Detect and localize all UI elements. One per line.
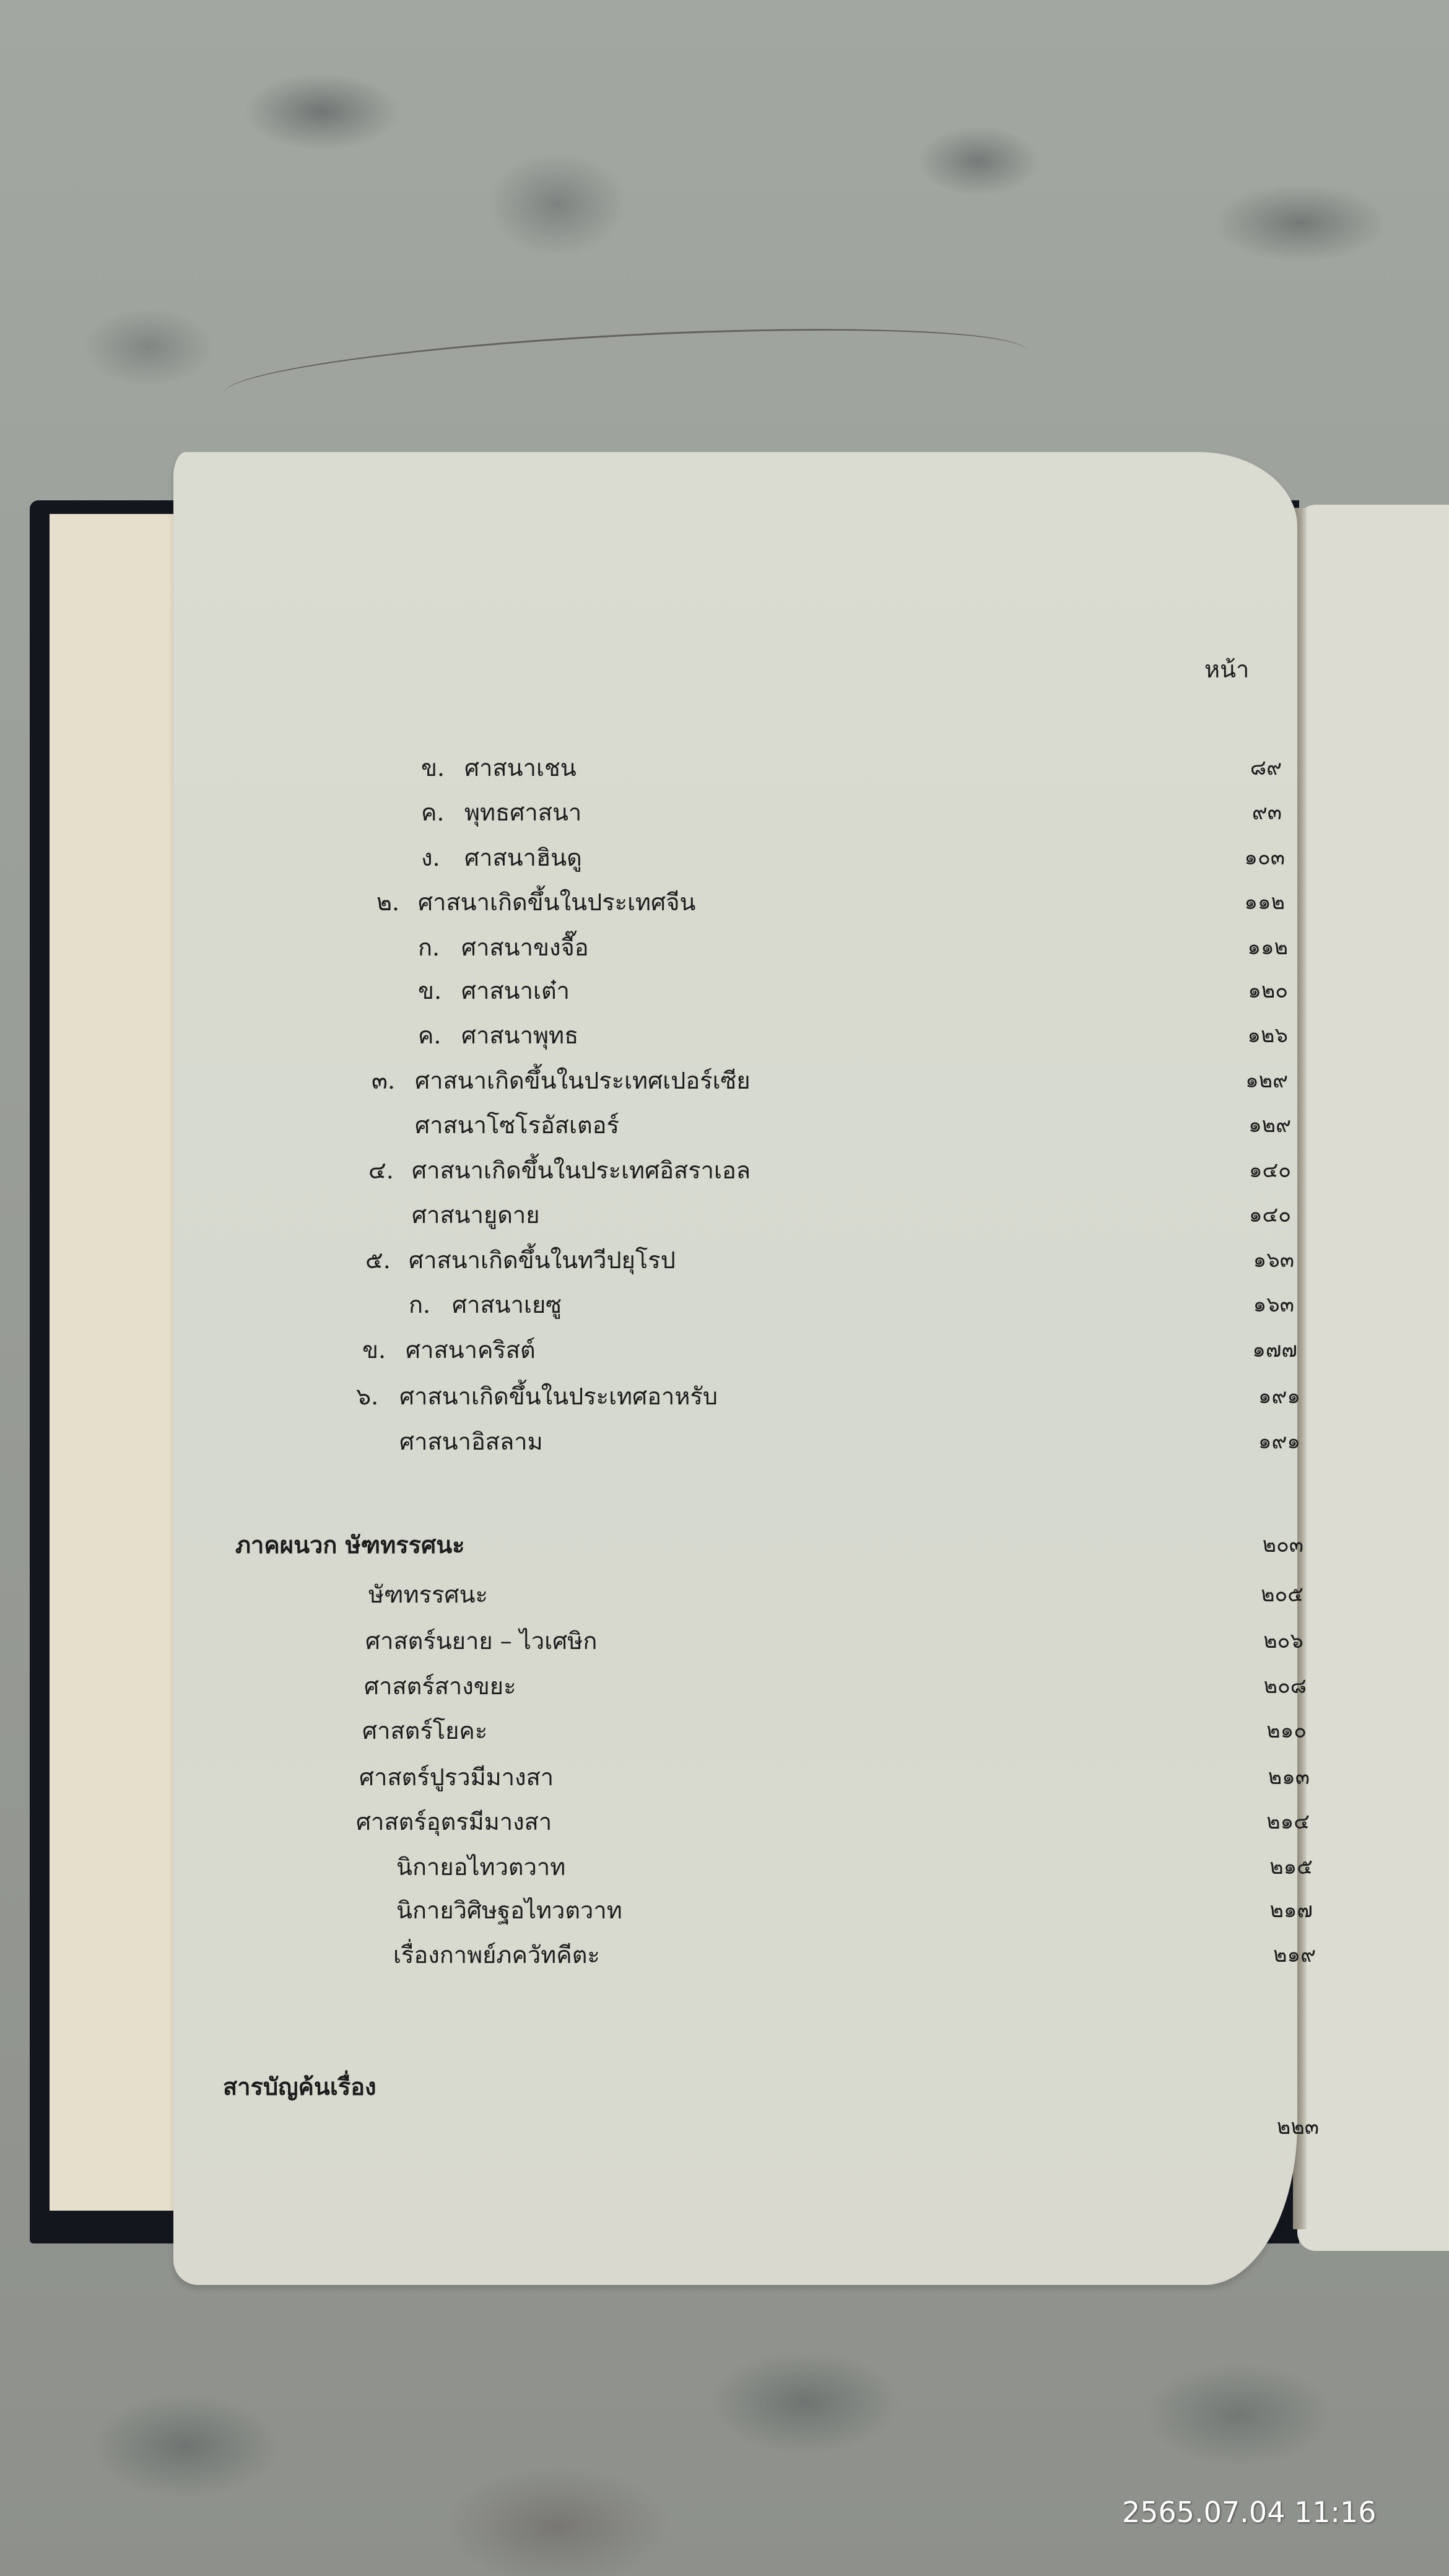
appendix-entry: เรื่องกาพย์ภควัทคีตะ ๒๑๙ (0, 1936, 1449, 1973)
toc-entry: ข. ศาสนาเต๋า ๑๒๐ (0, 972, 1449, 1009)
appendix-heading-page: ๒๐๓ (1217, 1526, 1303, 1564)
entry-marker: ข. (421, 749, 445, 786)
entry-title: ศาสนาเกิดขึ้นในทวีปยุโรป (409, 1242, 676, 1279)
entry-page-number: ๒๐๖ (1217, 1622, 1303, 1660)
entry-title: ศาสนาเยซู (452, 1286, 562, 1323)
toc-content: หน้า ข. ศาสนาเชน ๘๙ ค. พุทธศาสนา ๙๓ ง. ศ… (0, 0, 1449, 2576)
entry-marker: ๕. (365, 1242, 391, 1279)
entry-title: ศาสนาเชน (464, 749, 577, 786)
entry-page-number: ๒๑๓ (1223, 1759, 1310, 1796)
index-heading: สารบัญค้นเรื่อง (223, 2068, 376, 2105)
photo-timestamp: 2565.07.04 11:16 (1122, 2495, 1377, 2529)
entry-page-number: ๑๒๙ (1204, 1107, 1291, 1144)
entry-title: ศาสนาเกิดขึ้นในประเทศอิสราเอล (412, 1152, 751, 1189)
toc-entry: ๔. ศาสนาเกิดขึ้นในประเทศอิสราเอล ๑๔๐ (0, 1152, 1449, 1189)
appendix-entry: ศาสตร์สางขยะ ๒๐๘ (0, 1668, 1449, 1705)
entry-title: ศาสนาขงจื๊อ (461, 929, 589, 966)
entry-title: ศาสนาเกิดขึ้นในประเทศจีน (418, 884, 695, 921)
entry-marker: ก. (418, 929, 440, 966)
entry-marker: ก. (409, 1286, 430, 1323)
entry-page-number: ๑๖๓ (1207, 1242, 1294, 1279)
toc-entry: ศาสนาโซโรอัสเตอร์ ๑๒๙ (0, 1107, 1449, 1144)
entry-page-number: ๘๙ (1195, 749, 1282, 786)
entry-page-number: ๑๐๓ (1198, 839, 1285, 876)
appendix-heading-row: ภาคผนวก ษัฑทรรศนะ ๒๐๓ (0, 1526, 1449, 1564)
toc-entry: ๖. ศาสนาเกิดขึ้นในประเทศอาหรับ ๑๙๑ (0, 1378, 1449, 1415)
toc-entry: ค. ศาสนาพุทธ ๑๒๖ (0, 1017, 1449, 1054)
entry-page-number: ๒๑๐ (1220, 1712, 1307, 1749)
entry-marker: ข. (418, 972, 442, 1009)
entry-page-number: ๑๖๓ (1207, 1286, 1294, 1323)
toc-entry: ก. ศาสนาเยซู ๑๖๓ (0, 1286, 1449, 1323)
entry-title: ศาสตร์อุตรมีมางสา (356, 1803, 552, 1840)
entry-page-number: ๑๔๐ (1204, 1152, 1291, 1189)
toc-entry: ๕. ศาสนาเกิดขึ้นในทวีปยุโรป ๑๖๓ (0, 1242, 1449, 1279)
entry-marker: ๖. (356, 1378, 378, 1415)
entry-title: ศาสตร์โยคะ (362, 1712, 487, 1749)
entry-title: ศาสนาโซโรอัสเตอร์ (415, 1107, 619, 1144)
index-heading-row: สารบัญค้นเรื่อง (0, 2068, 1449, 2105)
entry-title: ศาสนาพุทธ (461, 1017, 578, 1054)
appendix-entry: นิกายอไทวตวาท ๒๑๕ (0, 1848, 1449, 1886)
toc-entry: ศาสนาอิสลาม ๑๙๑ (0, 1423, 1449, 1460)
appendix-heading: ภาคผนวก ษัฑทรรศนะ (235, 1526, 465, 1564)
entry-page-number: ๑๔๐ (1204, 1196, 1291, 1234)
entry-title: ศาสนาคริสต์ (406, 1331, 536, 1368)
entry-title: ศาสนาเกิดขึ้นในประเทศเปอร์เซีย (415, 1062, 751, 1099)
entry-title: ศาสตร์ปูรวมีมางสา (359, 1759, 554, 1796)
toc-entry: ก. ศาสนาขงจื๊อ ๑๑๒ (0, 929, 1449, 966)
appendix-entry: ศาสตร์ปูรวมีมางสา ๒๑๓ (0, 1759, 1449, 1796)
toc-entry: ข. ศาสนาคริสต์ ๑๗๗ (0, 1331, 1449, 1368)
entry-marker: ค. (418, 1017, 442, 1054)
entry-marker: ๔. (368, 1152, 394, 1189)
toc-entry: ๒. ศาสนาเกิดขึ้นในประเทศจีน ๑๑๒ (0, 884, 1449, 921)
entry-page-number: ๑๒๖ (1201, 1017, 1288, 1054)
entry-title: ศาสนาเกิดขึ้นในประเทศอาหรับ (399, 1378, 718, 1415)
appendix-entry: ษัฑทรรศนะ ๒๐๕ (0, 1576, 1449, 1613)
entry-page-number: ๒๑๕ (1226, 1848, 1313, 1886)
entry-page-number: ๑๑๒ (1198, 884, 1285, 921)
toc-entry: ง. ศาสนาฮินดู ๑๐๓ (0, 839, 1449, 876)
entry-title: ศาสนาอิสลาม (399, 1423, 543, 1460)
entry-page-number: ๑๑๒ (1201, 929, 1288, 966)
toc-entry: ๓. ศาสนาเกิดขึ้นในประเทศเปอร์เซีย ๑๒๙ (0, 1062, 1449, 1099)
entry-marker: ๒. (376, 884, 399, 921)
entry-title: ศาสตร์นยาย – ไวเศษิก (365, 1622, 597, 1660)
entry-page-number: ๑๙๑ (1214, 1378, 1300, 1415)
toc-entry: ค. พุทธศาสนา ๙๓ (0, 794, 1449, 831)
entry-page-number: ๒๑๙ (1229, 1936, 1316, 1973)
index-page-number: ๒๒๓ (1232, 2108, 1319, 2146)
entry-page-number: ๑๒๐ (1201, 972, 1288, 1009)
appendix-entry: ศาสตร์อุตรมีมางสา ๒๑๔ (0, 1803, 1449, 1840)
entry-title: นิกายอไทวตวาท (396, 1848, 565, 1886)
entry-marker: ข. (362, 1331, 386, 1368)
entry-marker: ง. (421, 839, 440, 876)
entry-title: ศาสนายูดาย (412, 1196, 540, 1234)
toc-entry: ข. ศาสนาเชน ๘๙ (0, 749, 1449, 786)
entry-title: ศาสตร์สางขยะ (364, 1668, 516, 1705)
entry-page-number: ๑๒๙ (1201, 1062, 1288, 1099)
entry-page-number: ๒๑๔ (1223, 1803, 1310, 1840)
index-page-row: ๒๒๓ (0, 2108, 1449, 2146)
entry-title: ศาสนาเต๋า (461, 972, 570, 1009)
entry-marker: ๓. (372, 1062, 395, 1099)
entry-page-number: ๑๙๑ (1214, 1423, 1300, 1460)
entry-page-number: ๒๐๕ (1217, 1576, 1303, 1613)
entry-title: ษัฑทรรศนะ (368, 1576, 488, 1613)
entry-page-number: ๒๑๗ (1226, 1892, 1313, 1929)
entry-page-number: ๒๐๘ (1220, 1668, 1307, 1705)
appendix-entry: ศาสตร์โยคะ ๒๑๐ (0, 1712, 1449, 1749)
entry-title: นิกายวิศิษฐอไทวตวาท (396, 1892, 622, 1929)
page-column-header: หน้า (1204, 650, 1249, 688)
entry-title: พุทธศาสนา (464, 794, 581, 831)
appendix-entry: นิกายวิศิษฐอไทวตวาท ๒๑๗ (0, 1892, 1449, 1929)
appendix-entry: ศาสตร์นยาย – ไวเศษิก ๒๐๖ (0, 1622, 1449, 1660)
toc-entry: ศาสนายูดาย ๑๔๐ (0, 1196, 1449, 1234)
entry-marker: ค. (421, 794, 445, 831)
entry-page-number: ๙๓ (1195, 794, 1282, 831)
entry-title: ศาสนาฮินดู (464, 839, 582, 876)
entry-page-number: ๑๗๗ (1211, 1331, 1297, 1368)
entry-title: เรื่องกาพย์ภควัทคีตะ (393, 1936, 600, 1973)
